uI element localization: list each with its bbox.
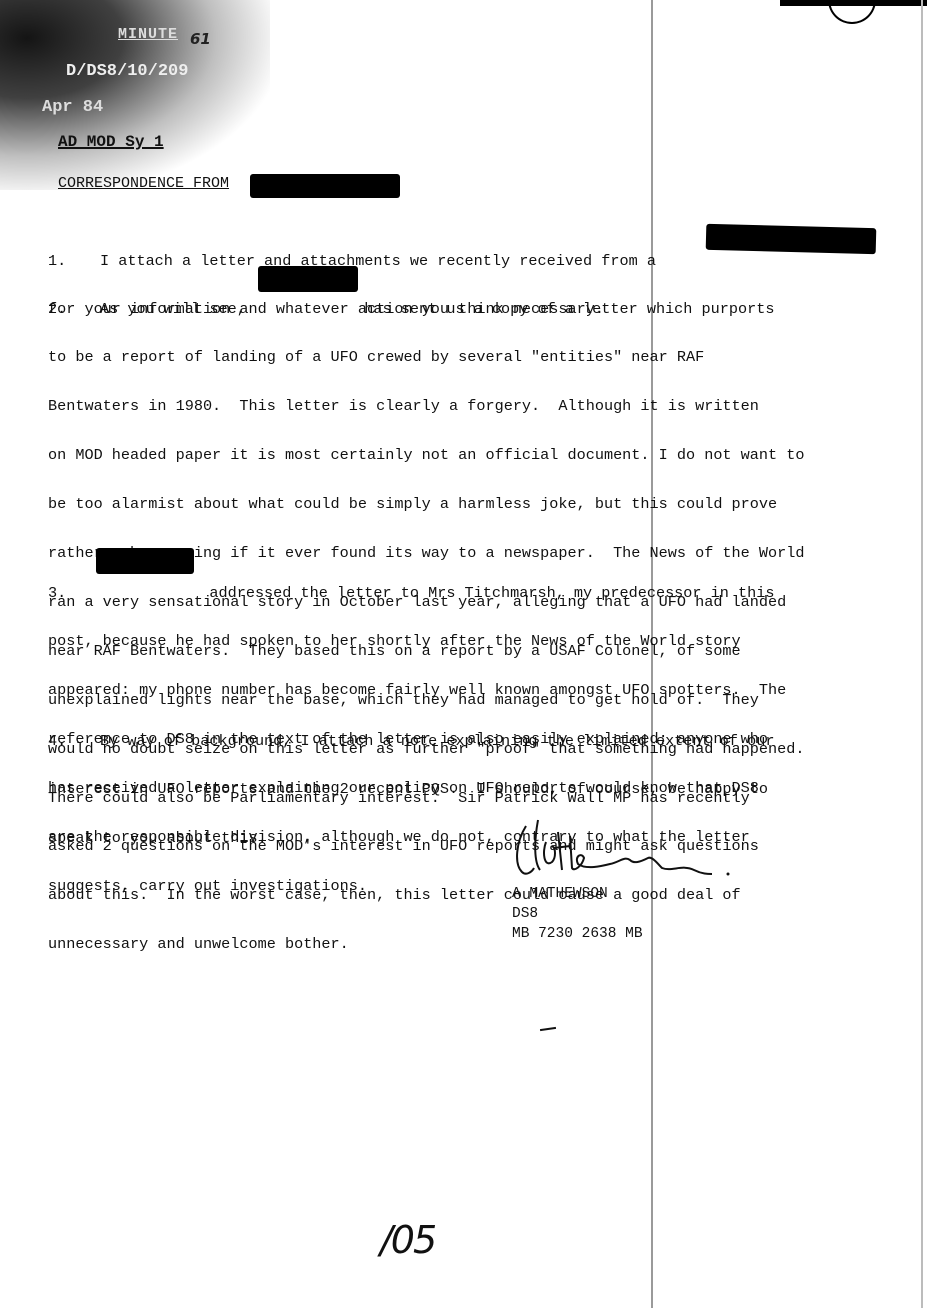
handwritten-annotation: 61	[190, 30, 211, 48]
paragraph-line: unnecessary and unwelcome bother.	[48, 936, 868, 952]
punch-hole-mark	[828, 0, 876, 24]
signature-block: A MATHEWSON DS8 MB 7230 2638 MB	[512, 884, 643, 944]
redaction-bar	[96, 548, 194, 574]
signatory-phone: MB 7230 2638 MB	[512, 924, 643, 944]
signatory-name: A MATHEWSON	[512, 884, 643, 904]
addressee: AD MOD Sy 1	[58, 133, 164, 151]
paragraph-line: 4.By way of background, I attach a note …	[48, 733, 868, 749]
pen-mark	[540, 1027, 556, 1031]
file-reference: D/DS8/10/209	[66, 62, 188, 81]
paragraph-line: appeared: my phone number has become fai…	[48, 682, 868, 698]
paragraph-line: 2.As you will see, has sent us a copy of…	[48, 301, 868, 317]
redaction-bar	[706, 224, 877, 254]
paragraph-line: be too alarmist about what could be simp…	[48, 496, 868, 512]
handwritten-signature	[512, 812, 772, 882]
document-date: Apr 84	[42, 98, 103, 117]
signatory-division: DS8	[512, 904, 643, 924]
paragraph-line: to be a report of landing of a UFO crewe…	[48, 349, 868, 365]
paragraph-line: on MOD headed paper it is most certainly…	[48, 447, 868, 463]
paragraph-line: interest in UFO reports and the 2 recent…	[48, 781, 868, 797]
paragraph-line: post, because he had spoken to her short…	[48, 633, 868, 649]
paragraph-line: Bentwaters in 1980. This letter is clear…	[48, 398, 868, 414]
redaction-bar	[250, 174, 400, 198]
paragraph-line: 1.I attach a letter and attachments we r…	[48, 253, 868, 269]
redaction-bar	[258, 266, 358, 292]
paragraph-line: 3. addressed the letter to Mrs Titchmars…	[48, 585, 868, 601]
minute-label: MINUTE	[118, 26, 178, 43]
page-edge	[921, 0, 923, 1308]
document-page: MINUTE 61 D/DS8/10/209 Apr 84 AD MOD Sy …	[0, 0, 927, 1308]
subject-line: CORRESPONDENCE FROM	[58, 175, 229, 192]
folio-number: /05	[380, 1218, 435, 1262]
